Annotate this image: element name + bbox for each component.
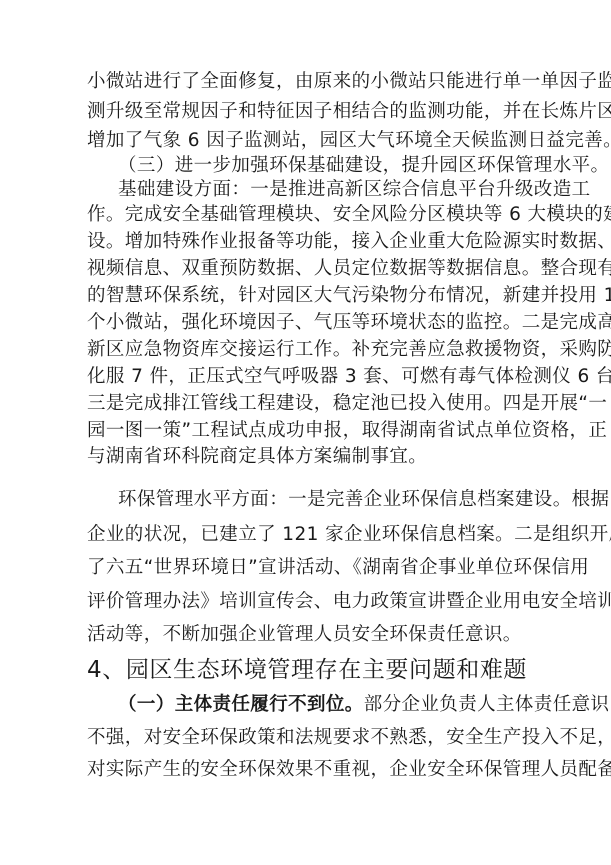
paragraph-3-line-3: 了六五“世界环境日”宣讲活动、《湖南省企事业单位环保信用: [87, 556, 519, 580]
paragraph-2-line-5: 的智慧环保系统，针对园区大气污染物分布情况，新建并投用 11: [87, 284, 519, 308]
paragraph-4-first-line-rest: 部分企业负责人主体责任意识: [364, 694, 610, 715]
paragraph-1-line-1: 小微站进行了全面修复，由原来的小微站只能进行单一单因子监: [87, 70, 519, 94]
paragraph-3-line-5: 活动等，不断加强企业管理人员安全环保责任意识。: [87, 623, 519, 647]
paragraph-3-line-2: 企业的状况，已建立了 121 家企业环保信息档案。二是组织开展: [87, 523, 519, 547]
paragraph-4-line-1: （一）主体责任履行不到位。部分企业负责人主体责任意识: [118, 693, 519, 717]
paragraph-2-line-6: 个小微站，强化环境因子、气压等环境状态的监控。二是完成高: [87, 311, 519, 335]
section-heading-4: 4、园区生态环境管理存在主要问题和难题: [87, 655, 527, 685]
paragraph-3-line-1: 环保管理水平方面：一是完善企业环保信息档案建设。根据: [118, 488, 519, 512]
paragraph-2-line-11: 与湖南省环科院商定具体方案编制事宜。: [87, 445, 519, 469]
paragraph-1-line-3: 增加了气象 6 因子监测站，园区大气环境全天候监测日益完善。: [87, 129, 519, 153]
paragraph-4-line-3: 对实际产生的安全环保效果不重视，企业安全环保管理人员配备: [87, 758, 519, 782]
paragraph-4-line-2: 不强，对安全环保政策和法规要求不熟悉，安全生产投入不足，: [87, 726, 519, 750]
paragraph-2-line-2: 作。完成安全基础管理模块、安全风险分区模块等 6 大模块的建: [87, 203, 519, 227]
paragraph-2-line-1: 基础建设方面：一是推进高新区综合信息平台升级改造工: [118, 178, 519, 202]
paragraph-2-line-3: 设。增加特殊作业报备等功能，接入企业重大危险源实时数据、: [87, 230, 519, 254]
paragraph-3-line-4: 评价管理办法》培训宣传会、电力政策宣讲暨企业用电安全培训: [87, 590, 519, 614]
paragraph-2-line-4: 视频信息、双重预防数据、人员定位数据等数据信息。整合现有: [87, 257, 519, 281]
document-page: 小微站进行了全面修复，由原来的小微站只能进行单一单因子监 测升级至常规因子和特征…: [0, 0, 611, 865]
paragraph-1-line-2: 测升级至常规因子和特征因子相结合的监测功能，并在长炼片区: [87, 100, 519, 124]
paragraph-2-line-7: 新区应急物资库交接运行工作。补充完善应急救援物资，采购防: [87, 338, 519, 362]
paragraph-4-bold-lead: （一）主体责任履行不到位。: [118, 694, 364, 715]
subheading-3: （三）进一步加强环保基础建设，提升园区环保管理水平。: [118, 154, 519, 178]
paragraph-2-line-10: 园一图一策”工程试点成功申报，取得湖南省试点单位资格，正: [87, 419, 519, 443]
paragraph-2-line-9: 三是完成排江管线工程建设，稳定池已投入使用。四是开展“一: [87, 392, 519, 416]
paragraph-2-line-8: 化服 7 件，正压式空气呼吸器 3 套、可燃有毒气体检测仪 6 台；: [87, 365, 519, 389]
